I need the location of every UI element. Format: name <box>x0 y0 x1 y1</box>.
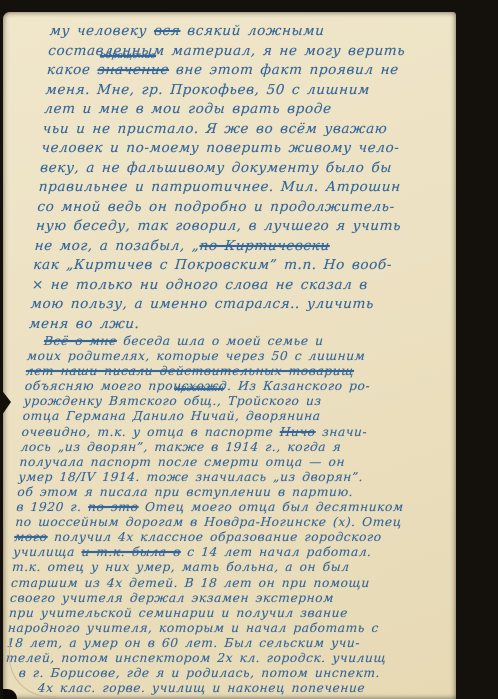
handwriting-line: × не только ни одного слова не сказал в <box>31 276 453 296</box>
handwriting-text: с 14 лет начал работал. <box>180 545 372 559</box>
handwriting-text: народного учителя, которым и начал работ… <box>7 621 379 635</box>
handwriting-text: старшим из 4х детей. В 18 лет он при пом… <box>11 576 371 590</box>
handwriting-text: меня. Мне, гр. Прокофьев, 50 с лишним <box>45 82 371 98</box>
photo-background: му человеку вся всякий ложнымисоставленн… <box>0 0 498 699</box>
handwriting-line: меня. Мне, гр. Прокофьев, 50 с лишним <box>45 81 467 101</box>
handwriting-text: как „Киртичев с Покровским” т.п. Но вооб… <box>33 257 393 273</box>
letter-page: му человеку вся всякий ложнымисоставленн… <box>3 12 456 699</box>
handwriting-text: веку, а не фальшивому документу было бы <box>40 160 393 176</box>
handwriting-line: отца Германа Данило Ничай, дворянина <box>22 409 444 424</box>
handwriting-text: телей, потом инспектором 2х кл. городск.… <box>5 651 386 665</box>
handwriting-line: лось „из дворян”, также в 1914 г., когда… <box>20 440 442 455</box>
struck-text: вся <box>153 23 180 39</box>
handwriting-line: ную беседу, так говорил, в лучшего я учи… <box>35 217 457 237</box>
handwriting-text: урожденку Вятского общ., Тройского из <box>23 394 322 408</box>
struck-text: и т.к. была в <box>81 545 181 559</box>
interlinear-insertion: крестьян <box>174 385 224 394</box>
handwriting-text: чьи и не пристало. Я же во всём уважаю <box>42 121 388 137</box>
struck-text: Всё о мне <box>44 334 118 348</box>
left-edge-tear <box>0 388 11 418</box>
handwriting-line: лет и мне в мои годы врать вроде <box>44 100 466 120</box>
handwriting-text: мою пользу, а именно старался.. уличить <box>30 296 375 312</box>
handwriting-text: правильнее и патриотичнее. Мил. Атрошин <box>38 179 401 195</box>
handwriting-text: отца Германа Данило Ничай, дворянина <box>22 409 321 423</box>
handwriting-line: умер 18/IV 1914. тоже значилась „из двор… <box>18 470 440 485</box>
handwriting-text: лось „из дворян”, также в 1914 г., когда… <box>20 440 342 454</box>
handwriting-line: со мной ведь он подробно и продолжитель- <box>37 198 459 218</box>
handwriting-line: лет наши писали действительных товарищ <box>25 364 447 379</box>
handwriting-text: му человеку <box>49 23 154 39</box>
handwriting-text: человек и по-моему поверить живому чело- <box>41 140 400 156</box>
handwriting-line: телей, потом инспектором 2х кл. городск.… <box>5 651 427 666</box>
handwriting-line: своего учителя держал экзамен экстерном <box>10 591 432 606</box>
handwriting-line: правильнее и патриотичнее. Мил. Атрошин <box>38 178 460 198</box>
handwriting-text: со мной ведь он подробно и продолжитель- <box>37 199 396 215</box>
handwriting-text: лет и мне в мои годы врать вроде <box>44 101 333 117</box>
handwriting-line: урожденку Вятского общ., Тройского изкре… <box>23 394 445 409</box>
handwriting-lines: му человеку вся всякий ложнымисоставленн… <box>0 12 480 699</box>
handwriting-line: об этом я писала при вступлении в партию… <box>17 485 439 500</box>
handwriting-line: получала паспорт после смерти отца — он <box>19 455 441 470</box>
handwriting-line: не мог, а позабыл, „по Киртичевски <box>34 237 456 257</box>
handwriting-text: при учительской семинарии и получил зван… <box>9 606 349 620</box>
handwriting-text: в 1920 г. <box>16 500 89 514</box>
handwriting-line: при учительской семинарии и получил зван… <box>8 606 430 621</box>
handwriting-line: чьи и не пристало. Я же во всём уважаю <box>42 120 464 140</box>
handwriting-line: мого получил 4х классное образование гор… <box>14 530 436 545</box>
handwriting-text: своего учителя держал экзамен экстерном <box>10 591 335 605</box>
handwriting-text: какое <box>46 62 98 78</box>
handwriting-text: всякий ложными <box>180 23 325 39</box>
handwriting-line: му человеку вся всякий ложными <box>49 22 471 42</box>
struck-text: по Киртичевски <box>199 238 330 254</box>
struck-text: Ничо <box>279 425 316 439</box>
struck-text: по это <box>88 500 139 514</box>
handwriting-line: в г. Борисове, где я и родилась, потом и… <box>4 666 426 681</box>
handwriting-text: вне этот факт проявил не <box>168 62 399 78</box>
handwriting-line: старшим из 4х детей. В 18 лет он при пом… <box>11 576 433 591</box>
handwriting-line: в 1920 г. по это Отец моего отца был дес… <box>16 500 438 515</box>
handwriting-text: в г. Борисове, где я и родилась, потом и… <box>18 666 380 680</box>
handwriting-text: ную беседу, так говорил, в лучшего я учи… <box>35 218 401 234</box>
handwriting-line: моих родителях, которые через 50 с лишни… <box>26 349 448 364</box>
handwriting-text: × не только ни одного слова не сказал в <box>31 277 368 293</box>
handwriting-text: беседа шла о моей семье и <box>116 334 324 348</box>
handwriting-text: моих родителях, которые через 50 с лишни… <box>26 349 365 363</box>
handwriting-text: училища <box>13 545 82 559</box>
handwriting-line: человек и по-моему поверить живому чело- <box>41 139 463 159</box>
handwriting-line: меня во лжи. <box>29 315 451 335</box>
handwriting-line: очевидно, т.к. у отца в паспорте Ничо зн… <box>21 425 443 440</box>
handwriting-line: веку, а не фальшивому документу было бы <box>39 159 461 179</box>
handwriting-text: по шоссейным дорогам в Новдра-Ногинске (… <box>15 515 403 529</box>
handwriting-line: как „Киртичев с Покровским” т.п. Но вооб… <box>33 256 455 276</box>
struck-text: мого <box>14 530 48 544</box>
handwriting-text: получил 4х классное образование городско… <box>47 530 382 544</box>
handwriting-text: 18 лет, а умер он в 60 лет. Был сельским… <box>6 636 360 650</box>
interlinear-insertion: обращение <box>100 52 157 61</box>
handwriting-line: училища и т.к. была в с 14 лет начал раб… <box>13 545 435 560</box>
handwriting-text: не мог, а позабыл, „ <box>34 238 200 254</box>
handwriting-text: об этом я писала при вступлении в партию… <box>17 485 354 499</box>
handwriting-text: Отец моего отца был десятником <box>138 500 404 514</box>
handwriting-line: какое значение вне этот факт проявил нео… <box>46 61 468 81</box>
handwriting-line: по шоссейным дорогам в Новдра-Ногинске (… <box>15 515 437 530</box>
handwriting-line: т.к. отец у них умер, мать больна, а он … <box>12 560 434 575</box>
handwriting-text: получала паспорт после смерти отца — он <box>19 455 346 469</box>
handwriting-text: 4х клас. горве. училищ и наконец попечен… <box>37 681 365 695</box>
handwriting-line: народного учителя, которым и начал работ… <box>7 621 429 636</box>
handwriting-text: умер 18/IV 1914. тоже значилась „из двор… <box>18 470 364 484</box>
handwriting-line: мою пользу, а именно старался.. уличить <box>30 295 452 315</box>
handwriting-text: т.к. отец у них умер, мать больна, а он … <box>12 560 350 574</box>
struck-text: значение <box>97 62 170 78</box>
handwriting-text: очевидно, т.к. у отца в паспорте <box>21 425 280 439</box>
handwriting-line: Всё о мне беседа шла о моей семье и <box>27 334 449 349</box>
struck-text: лет наши писали действительных товарищ <box>25 364 354 378</box>
handwriting-line: 4х клас. горве. училищ и наконец попечен… <box>3 681 425 696</box>
handwriting-text: меня во лжи. <box>29 316 141 332</box>
handwriting-text: значи- <box>315 425 368 439</box>
handwriting-line: 18 лет, а умер он в 60 лет. Был сельским… <box>6 636 428 651</box>
handwriting-line: объясняю моего происхожд. Из Казанского … <box>24 379 446 394</box>
